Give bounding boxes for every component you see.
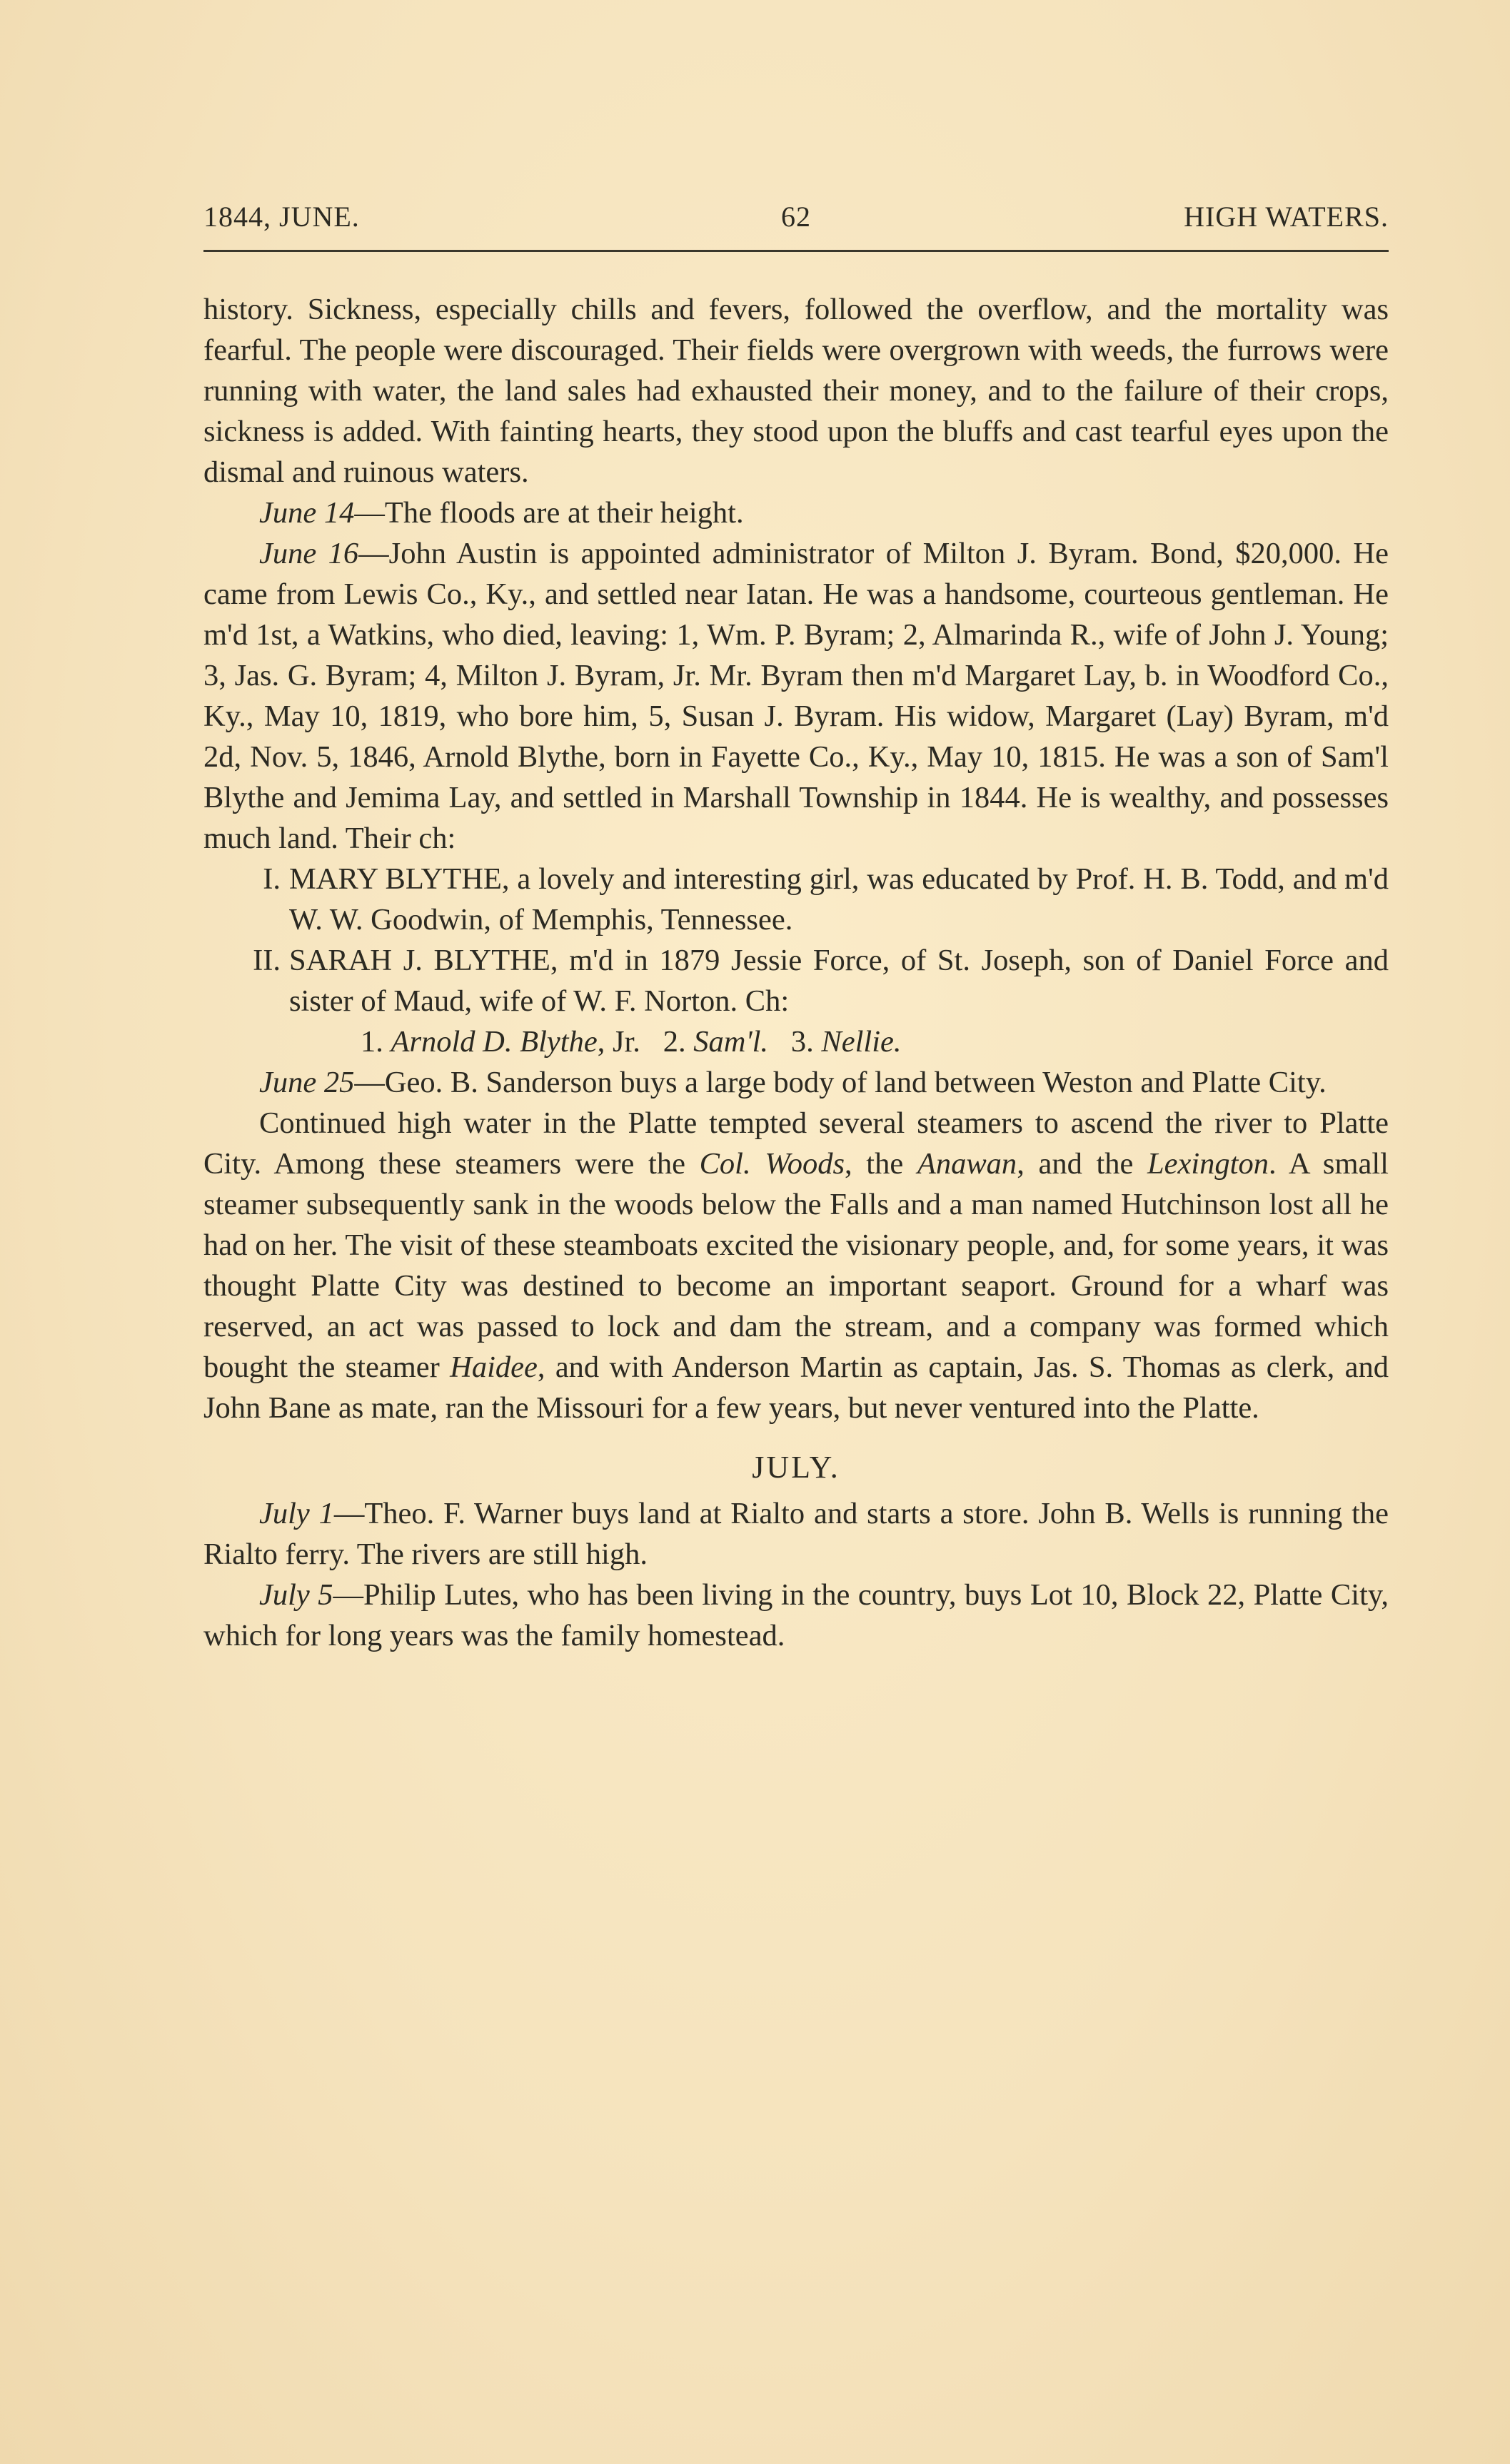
page-body: history. Sickness, especially chills and… — [203, 289, 1389, 1656]
child-entry-1: I.MARY BLYTHE, a lovely and interesting … — [203, 859, 1389, 940]
grandchild-1: 1. Arnold D. Blythe, Jr. — [361, 1025, 640, 1059]
paragraph-steamers: Continued high water in the Platte tempt… — [203, 1103, 1389, 1428]
steamer-name: Haidee — [450, 1350, 538, 1384]
roman-numeral: I. — [203, 859, 281, 899]
running-head: 1844, JUNE. 62 HIGH WATERS. — [203, 200, 1389, 241]
entry-date: June 16 — [259, 537, 358, 570]
steamer-name: Col. Woods — [700, 1147, 845, 1181]
grandchild-2: 2. Sam'l. — [663, 1025, 768, 1059]
grandchildren-list: 1. Arnold D. Blythe, Jr. 2. Sam'l. 3. Ne… — [203, 1021, 1389, 1062]
entry-date: June 14 — [259, 496, 354, 530]
entry-june-14: June 14—The floods are at their height. — [203, 493, 1389, 533]
entry-text: —John Austin is appointed administrator … — [203, 537, 1389, 855]
grandchild-3: 3. Nellie. — [791, 1025, 902, 1059]
book-page: 1844, JUNE. 62 HIGH WATERS. history. Sic… — [203, 200, 1389, 1656]
steamer-name: Anawan — [917, 1147, 1017, 1181]
entry-date: July 5 — [259, 1578, 333, 1612]
entry-june-16: June 16—John Austin is appointed adminis… — [203, 533, 1389, 859]
entry-text: —Theo. F. Warner buys land at Rialto and… — [203, 1497, 1389, 1571]
roman-numeral: II. — [203, 940, 281, 981]
header-rule — [203, 250, 1389, 252]
entry-date: June 25 — [259, 1066, 354, 1099]
child-text: MARY BLYTHE, a lovely and interesting gi… — [289, 862, 1389, 936]
section-heading-july: JULY. — [203, 1447, 1389, 1488]
child-entry-2: II.SARAH J. BLYTHE, m'd in 1879 Jessie F… — [203, 940, 1389, 1021]
entry-text: —Philip Lutes, who has been living in th… — [203, 1578, 1389, 1652]
entry-text: —Geo. B. Sanderson buys a large body of … — [354, 1066, 1326, 1099]
child-text: SARAH J. BLYTHE, m'd in 1879 Jessie Forc… — [289, 944, 1389, 1018]
paragraph-continuation: history. Sickness, especially chills and… — [203, 289, 1389, 493]
entry-june-25: June 25—Geo. B. Sanderson buys a large b… — [203, 1062, 1389, 1103]
steamer-name: Lexington — [1147, 1147, 1269, 1181]
page-number: 62 — [203, 200, 1389, 233]
entry-july-1: July 1—Theo. F. Warner buys land at Rial… — [203, 1493, 1389, 1575]
entry-text: —The floods are at their height. — [354, 496, 743, 530]
entry-july-5: July 5—Philip Lutes, who has been living… — [203, 1575, 1389, 1656]
entry-date: July 1 — [259, 1497, 334, 1530]
